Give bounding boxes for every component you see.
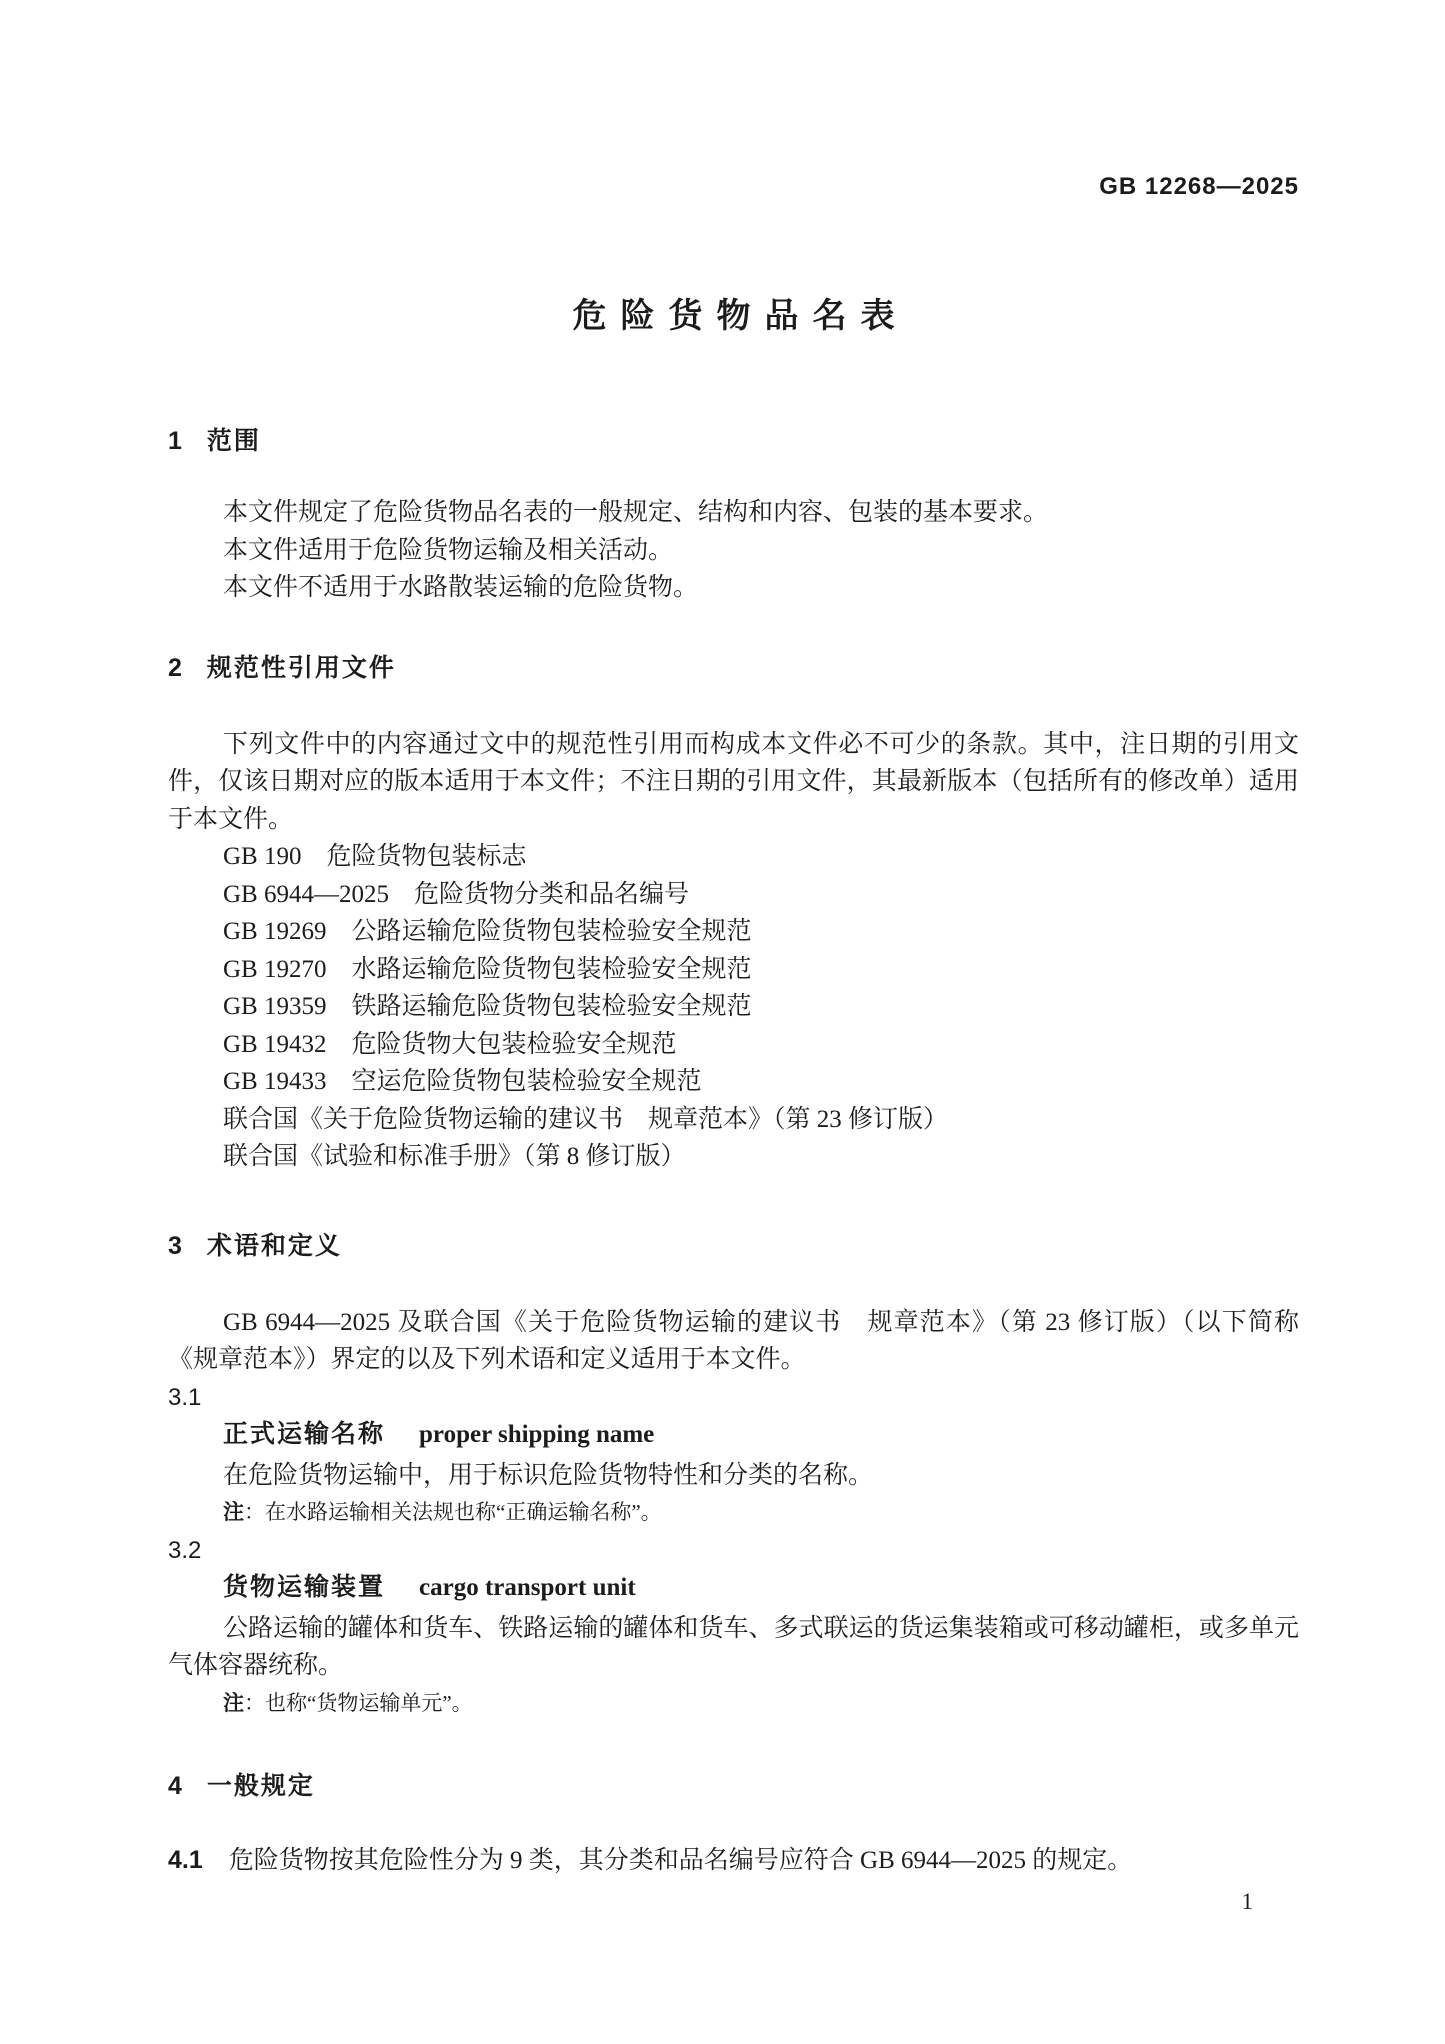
section-1-title: 范围 — [207, 427, 261, 455]
section-4-number: 4 — [168, 1773, 182, 1799]
section-2-number: 2 — [168, 655, 182, 681]
term-2-note: 注：也称“货物运输单元”。 — [168, 1685, 1299, 1723]
term-2-note-label: 注 — [223, 1692, 244, 1715]
section-4-body: 4.1危险货物按其危险性分为 9 类，其分类和品名编号应符合 GB 6944—2… — [168, 1842, 1299, 1880]
reference-item: 联合国《试验和标准手册》（第 8 修订版） — [168, 1138, 1299, 1176]
reference-item: GB 19432 危险货物大包装检验安全规范 — [168, 1026, 1299, 1064]
section-3-heading: 3术语和定义 — [168, 1233, 1299, 1259]
term-1-id: 3.1 — [168, 1379, 1299, 1417]
term-1-note-text: ：在水路运输相关法规也称“正确运输名称”。 — [244, 1500, 662, 1524]
section-2-heading: 2规范性引用文件 — [168, 655, 1299, 681]
reference-item: GB 190 危险货物包装标志 — [168, 838, 1299, 876]
clause-4-1-text: 危险货物按其危险性分为 9 类，其分类和品名编号应符合 GB 6944—2025… — [229, 1847, 1132, 1874]
section-2-title: 规范性引用文件 — [207, 654, 396, 682]
term-1-note-label: 注 — [223, 1501, 244, 1524]
reference-item: GB 19270 水路运输危险货物包装检验安全规范 — [168, 951, 1299, 989]
normative-references-intro: 下列文件中的内容通过文中的规范性引用而构成本文件必不可少的条款。其中，注日期的引… — [168, 726, 1299, 839]
reference-item: GB 19269 公路运输危险货物包装检验安全规范 — [168, 913, 1299, 951]
clause-4-1: 4.1危险货物按其危险性分为 9 类，其分类和品名编号应符合 GB 6944—2… — [168, 1842, 1299, 1880]
section-3-title: 术语和定义 — [207, 1232, 342, 1260]
section-3-body: GB 6944—2025 及联合国《关于危险货物运输的建议书 规章范本》（第 2… — [168, 1304, 1299, 1723]
terms-intro: GB 6944—2025 及联合国《关于危险货物运输的建议书 规章范本》（第 2… — [168, 1304, 1299, 1379]
section-4-title: 一般规定 — [207, 1772, 315, 1800]
term-2-name-en: cargo transport unit — [419, 1574, 636, 1601]
section-1-body: 本文件规定了危险货物品名表的一般规定、结构和内容、包装的基本要求。 本文件适用于… — [168, 494, 1299, 607]
standard-number: GB 12268—2025 — [168, 175, 1299, 199]
term-1-definition: 在危险货物运输中，用于标识危险货物特性和分类的名称。 — [168, 1457, 1299, 1495]
reference-item: GB 19359 铁路运输危险货物包装检验安全规范 — [168, 988, 1299, 1026]
section-2-body: 下列文件中的内容通过文中的规范性引用而构成本文件必不可少的条款。其中，注日期的引… — [168, 726, 1299, 1176]
clause-4-1-number: 4.1 — [168, 1846, 203, 1874]
section-3-number: 3 — [168, 1233, 182, 1259]
document-title: 危险货物品名表 — [168, 296, 1299, 336]
reference-item: GB 6944—2025 危险货物分类和品名编号 — [168, 876, 1299, 914]
reference-item: GB 19433 空运危险货物包装检验安全规范 — [168, 1063, 1299, 1101]
scope-paragraph-3: 本文件不适用于水路散装运输的危险货物。 — [168, 569, 1299, 607]
term-1-name: 正式运输名称proper shipping name — [168, 1416, 1299, 1457]
term-2-id: 3.2 — [168, 1532, 1299, 1570]
term-2-note-text: ：也称“货物运输单元”。 — [244, 1691, 473, 1715]
section-4-heading: 4一般规定 — [168, 1773, 1299, 1799]
term-2-name: 货物运输装置cargo transport unit — [168, 1569, 1299, 1610]
scope-paragraph-1: 本文件规定了危险货物品名表的一般规定、结构和内容、包装的基本要求。 — [168, 494, 1299, 532]
term-1-note: 注：在水路运输相关法规也称“正确运输名称”。 — [168, 1494, 1299, 1532]
term-1-name-zh: 正式运输名称 — [223, 1420, 385, 1448]
term-1-name-en: proper shipping name — [419, 1421, 654, 1448]
section-1-number: 1 — [168, 428, 182, 454]
reference-item: 联合国《关于危险货物运输的建议书 规章范本》（第 23 修订版） — [168, 1101, 1299, 1139]
section-1-heading: 1范围 — [168, 428, 1299, 454]
scope-paragraph-2: 本文件适用于危险货物运输及相关活动。 — [168, 532, 1299, 570]
term-2-name-zh: 货物运输装置 — [223, 1573, 385, 1601]
document-page: GB 12268—2025 危险货物品名表 1范围 本文件规定了危险货物品名表的… — [0, 0, 1445, 2044]
page-number: 1 — [168, 1890, 1299, 1914]
term-2-definition: 公路运输的罐体和货车、铁路运输的罐体和货车、多式联运的货运集装箱或可移动罐柜，或… — [168, 1610, 1299, 1685]
